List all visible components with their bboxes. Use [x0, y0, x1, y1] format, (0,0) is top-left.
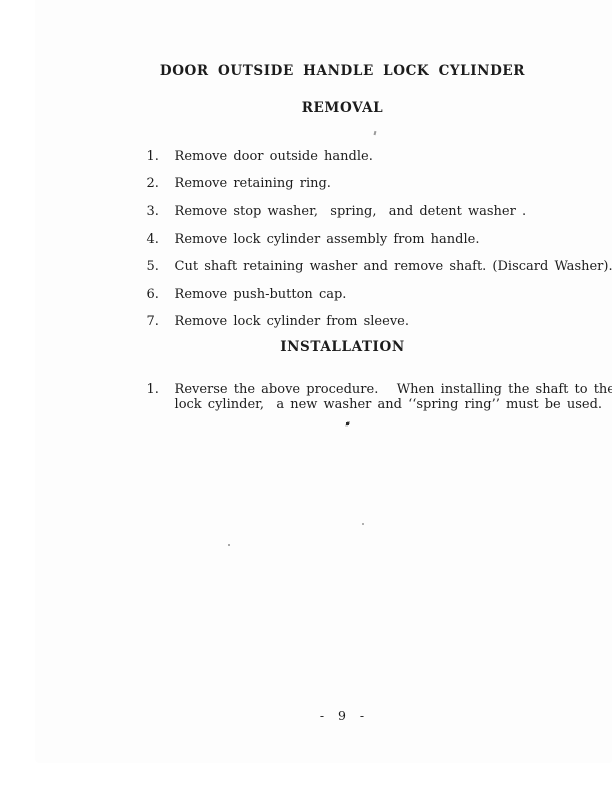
step-number: 7. [147, 314, 175, 330]
step-number: 1. [147, 382, 175, 398]
scan-artifact-dot [228, 544, 230, 546]
step-text-line-1: Reverse the above procedure. When instal… [175, 382, 612, 397]
document-page: DOOR OUTSIDE HANDLE LOCK CYLINDER REMOVA… [0, 0, 612, 792]
page-title: DOOR OUTSIDE HANDLE LOCK CYLINDER [100, 63, 585, 80]
installation-step-1: 1.Reverse the above procedure. When inst… [122, 366, 612, 428]
scan-artifact-dot [362, 523, 364, 525]
section-heading-installation: INSTALLATION [100, 339, 585, 356]
page-number: - 9 - [100, 708, 585, 723]
section-heading-removal: REMOVAL [100, 100, 585, 117]
step-text-line-2: lock cylinder, a new washer and ‘‘spring… [175, 397, 612, 412]
scan-artifact-speck [346, 422, 349, 425]
step-text: Remove lock cylinder from sleeve. [175, 314, 409, 329]
